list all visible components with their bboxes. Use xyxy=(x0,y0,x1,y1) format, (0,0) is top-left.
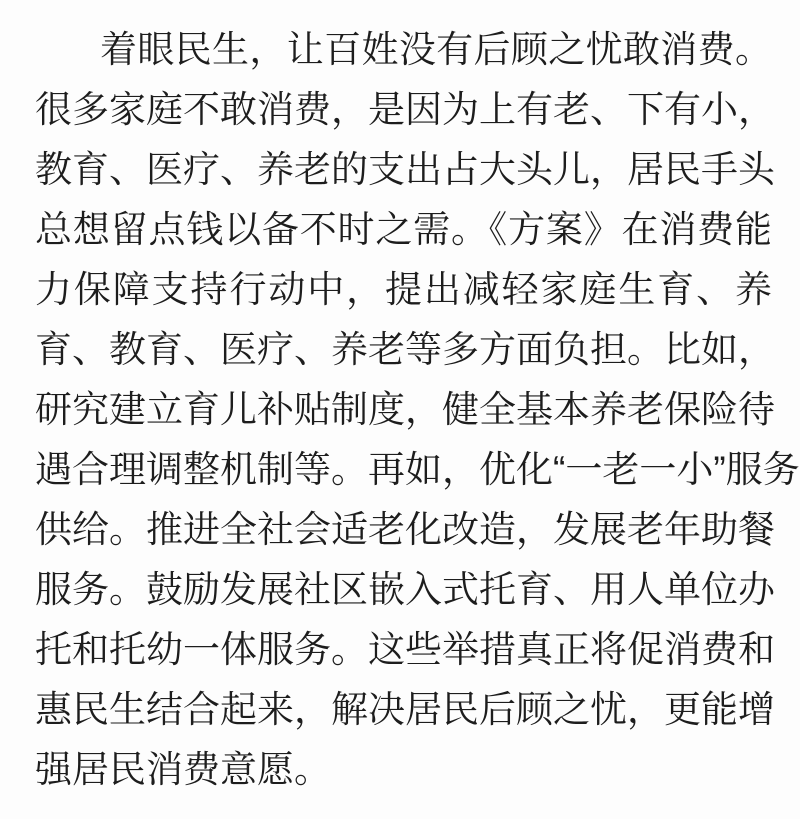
text-line: 研究建立育儿补贴制度，健全基本养老保险待 xyxy=(35,380,772,440)
text-line: 育、教育、医疗、养老等多方面负担。比如， xyxy=(35,320,772,380)
article-page: 着眼民生，让百姓没有后顾之忧敢消费。 很多家庭不敢消费，是因为上有老、下有小， … xyxy=(0,0,800,819)
text-line: 很多家庭不敢消费，是因为上有老、下有小， xyxy=(35,80,772,140)
text-line: 惠民生结合起来，解决居民后顾之忧，更能增 xyxy=(35,680,772,740)
text-line: 供给。推进全社会适老化改造，发展老年助餐 xyxy=(35,500,772,560)
text-line: 强居民消费意愿。 xyxy=(35,740,772,800)
text-line: 力保障支持行动中，提出减轻家庭生育、养 xyxy=(35,260,772,320)
text-line: 遇合理调整机制等。再如，优化“一老一小”服务 xyxy=(35,440,772,500)
text-line: 服务。鼓励发展社区嵌入式托育、用人单位办 xyxy=(35,560,772,620)
text-line: 教育、医疗、养老的支出占大头儿，居民手头 xyxy=(35,140,772,200)
text-line: 总想留点钱以备不时之需。《方案》在消费能 xyxy=(35,200,772,260)
text-line: 托和托幼一体服务。这些举措真正将促消费和 xyxy=(35,620,772,680)
text-line: 着眼民生，让百姓没有后顾之忧敢消费。 xyxy=(35,20,772,80)
article-body: 着眼民生，让百姓没有后顾之忧敢消费。 很多家庭不敢消费，是因为上有老、下有小， … xyxy=(35,20,772,800)
